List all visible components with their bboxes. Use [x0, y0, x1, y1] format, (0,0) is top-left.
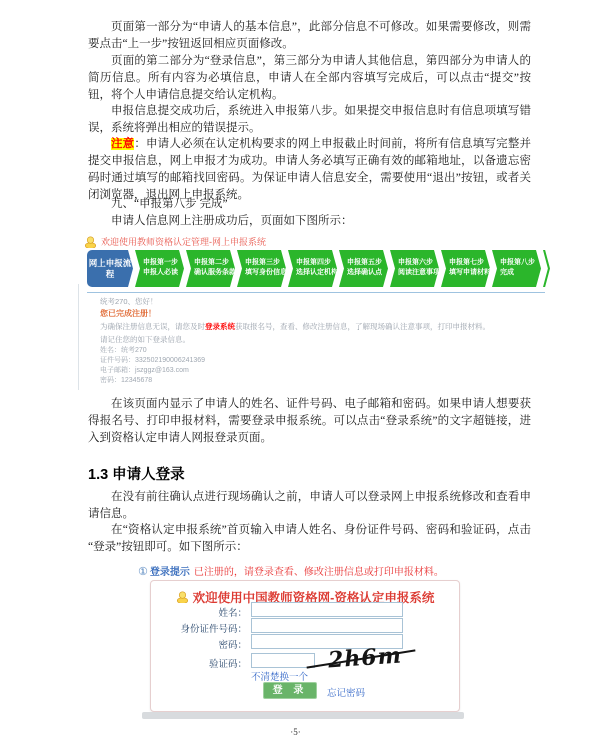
- password-label: 密码：: [151, 637, 247, 651]
- step-tab-step: 申报第一步: [143, 258, 184, 268]
- step-tab-step: 申报第四步: [296, 258, 337, 268]
- section-heading: 1.3 申请人登录: [88, 463, 185, 484]
- tab-nav-line1: 网上申: [89, 258, 115, 268]
- registered-status: 您已完成注册！: [100, 308, 156, 319]
- step-tab[interactable]: 申报第一步申报人必读: [135, 250, 184, 287]
- info-password: 密码：12345678: [100, 375, 152, 385]
- id-number-input[interactable]: [251, 618, 403, 633]
- login-form: 欢迎使用中国教师资格网-资格认定申报系统 姓名： 身份证件号码： 密码： 验证码…: [150, 580, 460, 712]
- paragraph-login-steps: 在“资格认定申报系统”首页输入申请人姓名、身份证件号码、密码和验证码，点击“登录…: [88, 522, 531, 556]
- info-name: 姓名：统考270: [100, 345, 147, 355]
- paragraph-register-success: 申请人信息网上注册成功后，页面如下图所示：: [88, 213, 531, 230]
- forgot-password-link[interactable]: 忘记密码: [327, 685, 365, 699]
- paragraph-login-info: 页面的第二部分为“登录信息”，第三部分为申请人其他信息，第四部分为申请人的简历信…: [88, 53, 531, 104]
- tip-pre: 为确保注册信息无误，请您及时: [100, 322, 205, 331]
- notice-text: ：申请人必须在认定机构要求的网上申报截止时间前，将所有信息填写完整并提交申报信息…: [88, 138, 531, 201]
- step-tab-label: 填写身份信息: [245, 268, 286, 278]
- tip-post: 获取报名号，查看、修改注册信息，了解现场确认注意事项，打印申报材料。: [235, 322, 490, 331]
- login-prompt-label: 登录提示: [150, 567, 190, 578]
- name-label: 姓名：: [151, 605, 247, 619]
- page-number: ·5·: [0, 727, 591, 737]
- step-tabbar: 网上申报流程 申报第一步申报人必读申报第二步确认服务条款申报第三步填写身份信息申…: [87, 250, 550, 287]
- name-input[interactable]: [251, 602, 403, 617]
- step-tab-label: 申报人必读: [143, 268, 184, 278]
- document-page: 页面第一部分为“申请人的基本信息”，此部分信息不可修改。如果需要修改，则需要点击…: [0, 0, 591, 749]
- login-box-base-bar: [142, 712, 464, 719]
- tab-nav-process[interactable]: 网上申报流程: [87, 250, 133, 287]
- login-tip-text: 为确保注册信息无误，请您及时登录系统获取报名号，查看、修改注册信息，了解现场确认…: [100, 321, 490, 332]
- step-tab[interactable]: 申报第二步确认服务条款: [186, 250, 235, 287]
- step-tab[interactable]: 申报第八步完成: [492, 250, 541, 287]
- step-tab[interactable]: 申报第七步填写申请材料: [441, 250, 490, 287]
- login-system-link[interactable]: 登录系统: [205, 322, 235, 331]
- step-tab[interactable]: 申报第三步填写身份信息: [237, 250, 286, 287]
- step-tab[interactable]: 申报第五步选择确认点: [339, 250, 388, 287]
- step-tab-label: 完成: [500, 268, 541, 278]
- login-prompt-line: ①登录提示已注册的，请登录查看、修改注册信息或打印申报材料。: [138, 563, 444, 578]
- step-tab-label: 填写申请材料: [449, 268, 490, 278]
- step-tab-step: 申报第六步: [398, 258, 439, 268]
- step-tab-label: 选择确认点: [347, 268, 388, 278]
- tabbar-divider: [87, 292, 545, 293]
- user-icon: [176, 591, 189, 603]
- tabbar-end-arrow-icon: [543, 250, 550, 287]
- info-id-number: 证件号码：332502190006241369: [100, 355, 205, 365]
- step-tab-label: 阅读注意事项: [398, 268, 439, 278]
- system-welcome-title: 欢迎使用教师资格认定管理-网上申报系统: [101, 235, 266, 248]
- login-prompt-text: 已注册的，请登录查看、修改注册信息或打印申报材料。: [194, 567, 444, 578]
- registration-success-screenshot: 欢迎使用教师资格认定管理-网上申报系统 网上申报流程 申报第一步申报人必读申报第…: [78, 234, 550, 392]
- step-tab-step: 申报第二步: [194, 258, 235, 268]
- info-email: 电子邮箱：jszggz@163.com: [100, 365, 189, 375]
- paragraph-basic-info: 页面第一部分为“申请人的基本信息”，此部分信息不可修改。如果需要修改，则需要点击…: [88, 19, 531, 53]
- step-tabs: 申报第一步申报人必读申报第二步确认服务条款申报第三步填写身份信息申报第四步选择认…: [135, 250, 541, 287]
- step-tab-step: 申报第八步: [500, 258, 541, 268]
- system-header: 欢迎使用教师资格认定管理-网上申报系统: [84, 235, 266, 248]
- step-tab-label: 确认服务条款: [194, 268, 235, 278]
- step-tab-label: 选择认定机构: [296, 268, 337, 278]
- step-tab[interactable]: 申报第四步选择认定机构: [288, 250, 337, 287]
- paragraph-before-confirm: 在没有前往确认点进行现场确认之前，申请人可以登录网上申报系统修改和查看申请信息。: [88, 489, 531, 523]
- step-tab-step: 申报第七步: [449, 258, 490, 268]
- captcha-refresh-link[interactable]: 不清楚换一个: [251, 669, 308, 683]
- captcha-image: 2h6m: [314, 645, 409, 673]
- paragraph-submit-result: 申报信息提交成功后，系统进入申报第八步。如果提交申报信息时有信息项填写错误，系统…: [88, 103, 531, 137]
- user-icon: [84, 236, 97, 248]
- greeting-text: 统考270、您好！: [100, 296, 158, 307]
- paragraph-notice: 注意：申请人必须在认定机构要求的网上申报截止时间前，将所有信息填写完整并提交申报…: [88, 136, 531, 204]
- step-tab[interactable]: 申报第六步阅读注意事项: [390, 250, 439, 287]
- paragraph-page-shows: 在该页面内显示了申请人的姓名、证件号码、电子邮箱和密码。如果申请人想要获得报名号…: [88, 396, 531, 447]
- info-circle-icon: ①: [138, 566, 148, 578]
- step-tab-step: 申报第五步: [347, 258, 388, 268]
- step-tab-step: 申报第三步: [245, 258, 286, 268]
- notice-highlight: 注意: [111, 138, 134, 150]
- remember-text: 请记住您的如下登录信息。: [100, 334, 190, 345]
- paragraph-step-nine: 九、“申报第八步 完成”: [88, 196, 531, 213]
- login-button[interactable]: 登 录: [263, 682, 317, 699]
- id-number-label: 身份证件号码：: [151, 621, 247, 635]
- captcha-label: 验证码：: [151, 656, 247, 670]
